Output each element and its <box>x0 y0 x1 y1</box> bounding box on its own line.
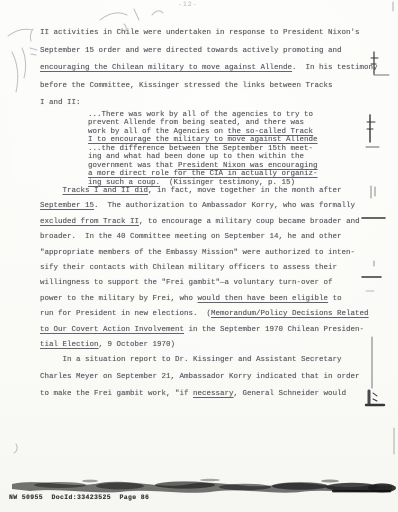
scanned-document-page: -12- <box>0 0 398 512</box>
text-line: In a situation report to Dr. Kissinger a… <box>40 357 376 374</box>
text-line: to make the Frei gambit work, "if necess… <box>40 391 376 408</box>
kissinger-quote: ...There was work by all of the agencies… <box>40 112 376 189</box>
text-line: before the Committee, Kissinger stressed… <box>40 83 376 101</box>
text-line: September 15. The authorization to Ambas… <box>40 203 376 218</box>
text-line: "appropriate members of the Embassy Miss… <box>40 250 376 265</box>
text-line: broader. In the 40 Committee meeting on … <box>40 234 376 249</box>
text-line: September 15 order and were directed tow… <box>40 48 376 66</box>
text-line: power to the military by Frei, who would… <box>40 296 376 311</box>
para-tracks: Tracks I and II did, in fact, move toget… <box>40 188 376 357</box>
text-line: to Our Covert Action Involvement in the … <box>40 327 376 342</box>
text-line: tial Election, 9 October 1970) <box>40 342 376 357</box>
text-line: II activities in Chile were undertaken i… <box>40 30 376 48</box>
para-sitrep: In a situation report to Dr. Kissinger a… <box>40 357 376 408</box>
para-opening: II activities in Chile were undertaken i… <box>40 30 376 118</box>
footer-docid-stamp: NW 50955 DocId:33423525 Page 86 <box>9 494 149 501</box>
text-line: run for President in new elections. (Mem… <box>40 311 376 326</box>
typed-text: II activities in Chile were undertaken i… <box>40 30 376 408</box>
text-line: excluded from Track II, to encourage a m… <box>40 219 376 234</box>
text-line: willingness to support the "Frei gambit"… <box>40 280 376 295</box>
page-number: -12- <box>178 1 198 8</box>
text-line: encouraging the Chilean military to move… <box>40 65 376 83</box>
text-line: Charles Meyer on September 21, Ambassado… <box>40 374 376 391</box>
